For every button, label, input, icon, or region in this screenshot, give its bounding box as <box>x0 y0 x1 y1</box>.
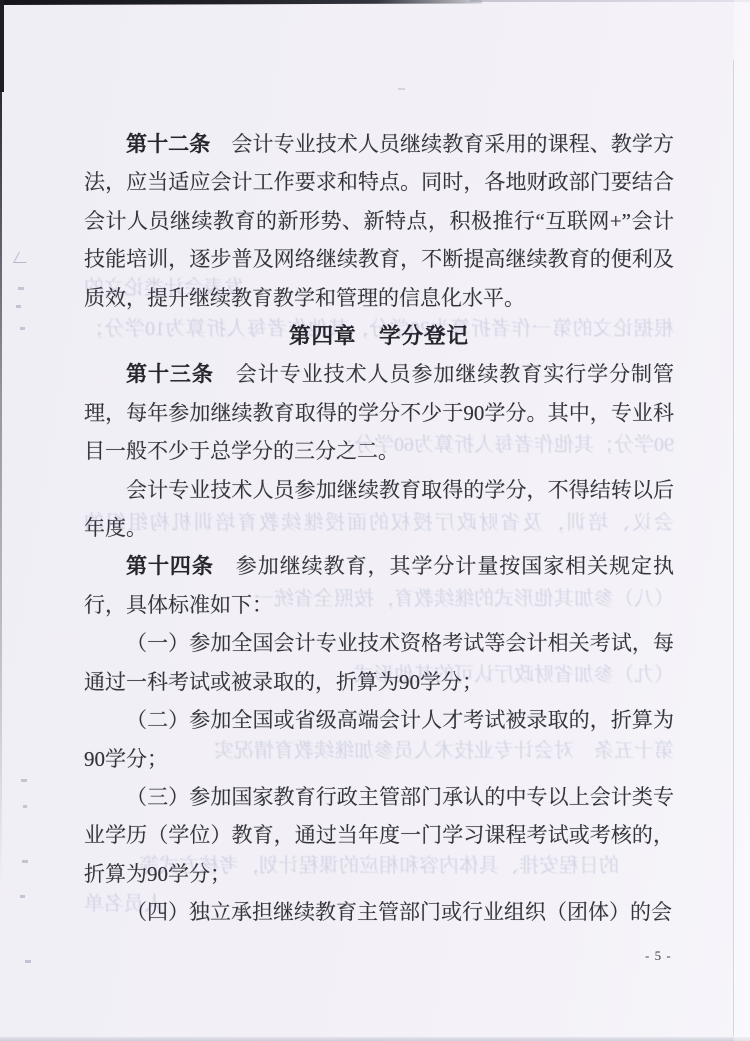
page-number: - 5 - <box>645 948 672 964</box>
article-12-paragraph: 第十二条 会计专业技术人员继续教育采用的课程、教学方法，应当适应会计工作要求和特… <box>84 125 674 317</box>
scan-speck <box>25 960 31 963</box>
document-body: 第十二条 会计专业技术人员继续教育采用的课程、教学方法，应当适应会计工作要求和特… <box>84 125 674 932</box>
scan-edge-top-light <box>470 0 750 2</box>
scan-edge-top <box>0 0 482 5</box>
scan-speck <box>16 305 21 308</box>
item-4-paragraph: （四）独立承担继续教育主管部门或行业组织（团体）的会 <box>84 893 674 931</box>
item-2-paragraph: （二）参加全国或省级高端会计人才考试被录取的，折算为90学分； <box>84 701 674 778</box>
article-14-number: 第十四条 <box>126 554 236 578</box>
scanned-document-page: 发表会计类论文的 根据论文的第一作者折算为20学分，其他作者每人折算为10学分；… <box>0 0 750 1041</box>
item-3-paragraph: （三）参加国家教育行政主管部门承认的中专以上会计类专业学历（学位）教育，通过当年… <box>84 778 674 893</box>
scan-edge-corner <box>0 0 4 92</box>
margin-smudge-mark <box>13 252 32 263</box>
scan-edge-bottom <box>0 1037 750 1041</box>
article-12-number: 第十二条 <box>126 132 231 156</box>
paper-sheen <box>734 0 750 1041</box>
article-14-paragraph: 第十四条 参加继续教育，其学分计量按国家相关规定执行，具体标准如下： <box>84 547 674 624</box>
article-13-second-paragraph: 会计专业技术人员参加继续教育取得的学分，不得结转以后年度。 <box>84 471 674 548</box>
article-13-number: 第十三条 <box>126 362 236 386</box>
scan-speck <box>21 779 27 782</box>
scan-speck <box>398 88 405 90</box>
scan-speck <box>20 895 25 898</box>
article-13-paragraph: 第十三条 会计专业技术人员参加继续教育实行学分制管理，每年参加继续教育取得的学分… <box>84 355 674 470</box>
item-1-paragraph: （一）参加全国会计专业技术资格考试等会计相关考试，每通过一科考试或被录取的，折算… <box>84 624 674 701</box>
scan-speck <box>23 805 27 808</box>
scan-speck <box>18 287 24 290</box>
chapter-4-heading: 第四章 学分登记 <box>84 317 674 355</box>
article-12-text: 会计专业技术人员继续教育采用的课程、教学方法，应当适应会计工作要求和特点。同时，… <box>84 132 674 310</box>
scan-edge-left <box>0 0 2 885</box>
scan-speck <box>22 860 28 863</box>
scan-speck <box>20 327 25 330</box>
